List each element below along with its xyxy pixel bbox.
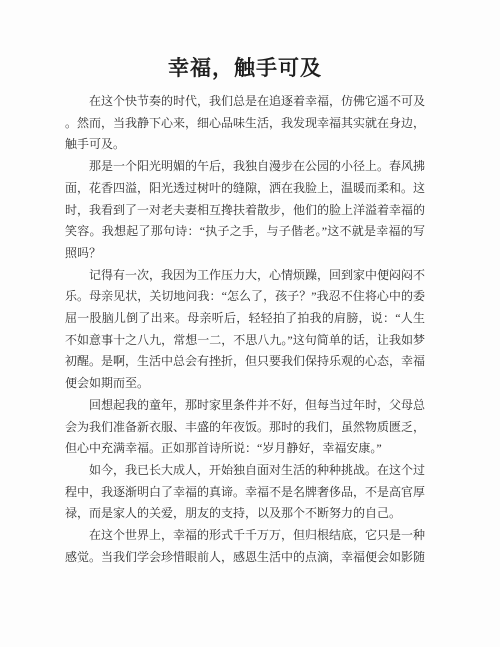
document-body: 在这个快节奏的时代，我们总是在追逐着幸福，仿佛它遥不可及。然而，当我静下心来，细… (65, 91, 425, 568)
essay-paragraph-park-walk: 那是一个阳光明媚的午后，我独自漫步在公园的小径上。春风拂面，花香四溢，阳光透过树… (65, 156, 425, 265)
essay-paragraph-mother-advice: 记得有一次，我因为工作压力大，心情烦躁，回到家中便闷闷不乐。母亲见状，关切地问我… (65, 265, 425, 395)
document-page: 幸福，触手可及 在这个快节奏的时代，我们总是在追逐着幸福，仿佛它遥不可及。然而，… (0, 0, 500, 647)
document-title: 幸福，触手可及 (65, 52, 425, 84)
essay-paragraph-conclusion: 在这个世界上，幸福的形式千千万万，但归根结底，它只是一种感觉。当我们学会珍惜眼前… (65, 525, 425, 568)
essay-paragraph-grown-up: 如今，我已长大成人，开始独自面对生活的种种挑战。在这个过程中，我逐渐明白了幸福的… (65, 460, 425, 525)
essay-paragraph-intro: 在这个快节奏的时代，我们总是在追逐着幸福，仿佛它遥不可及。然而，当我静下心来，细… (65, 91, 425, 156)
essay-paragraph-childhood: 回想起我的童年，那时家里条件并不好，但每当过年时，父母总会为我们准备新衣服、丰盛… (65, 395, 425, 460)
